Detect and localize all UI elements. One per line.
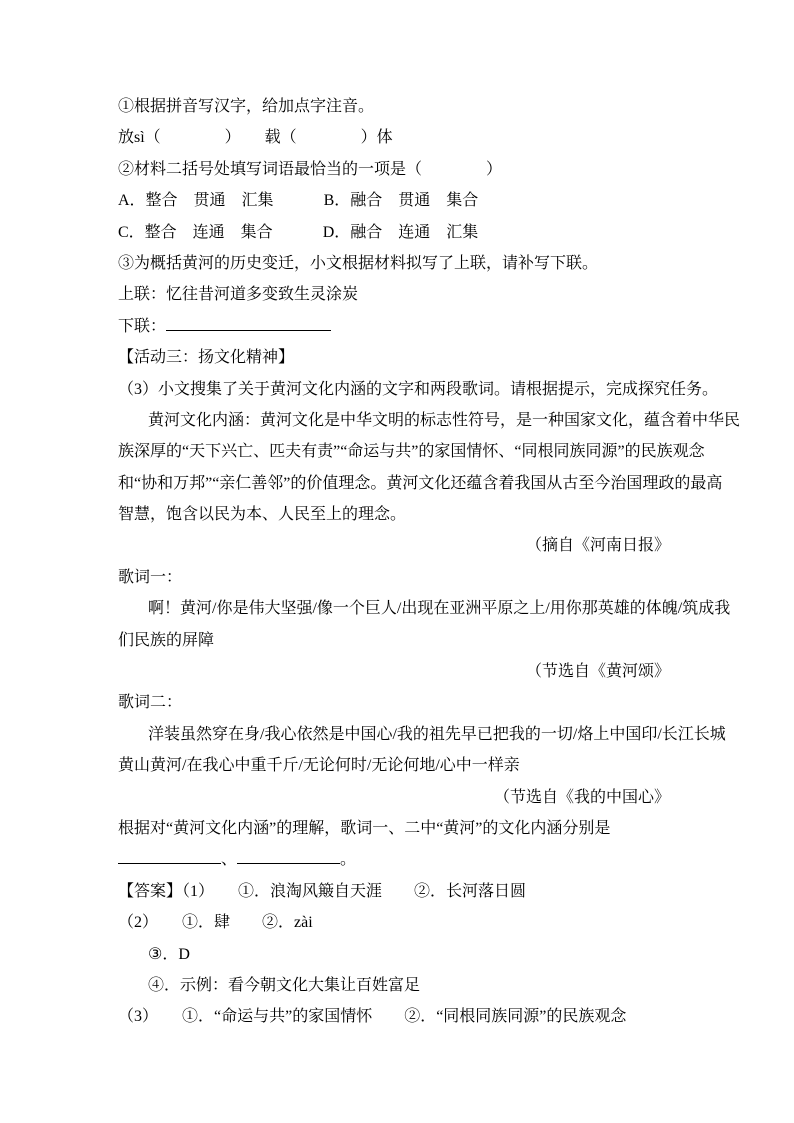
q2-option-b: B．融合 贯通 集合: [324, 192, 479, 209]
activity-heading: 【活动三：扬文化精神】: [118, 342, 684, 373]
lyric2-line-2: 黄山黄河/在我心中重千斤/无论何时/无论何地/心中一样亲: [118, 750, 684, 781]
q3-lower-couplet: 下联：: [118, 311, 684, 342]
lyric1-line-2: 们民族的屏障: [118, 625, 684, 656]
q1-fill-line: 放sì（ ） 载（ ）体: [118, 122, 684, 153]
q2-prompt: ②材料二括号处填写词语最恰当的一项是（ ）: [118, 154, 684, 185]
task-line: 根据对“黄河文化内涵”的理解，歌词一、二中“黄河”的文化内涵分别是: [118, 813, 684, 844]
task-blank-period: 。: [340, 851, 356, 868]
q3-prompt: ③为概括黄河的历史变迁，小文根据材料拟写了上联，请补写下联。: [118, 248, 684, 279]
culture-para-line-4: 智慧，饱含以民为本、人民至上的理念。: [118, 499, 684, 530]
q3-lower-label: 下联：: [118, 318, 166, 335]
lyric2-line-1: 洋装虽然穿在身/我心依然是中国心/我的祖先早已把我的一切/烙上中国印/长江长城: [118, 719, 684, 750]
q2-option-a: A．整合 贯通 汇集: [118, 192, 274, 209]
answer-line-1: 【答案】（1） ①．浪淘风簸自天涯 ②．长河落日圆: [118, 876, 684, 907]
q3-upper-couplet: 上联：忆往昔河道多变致生灵涂炭: [118, 279, 684, 310]
task-blanks-line: 、。: [118, 844, 684, 875]
q2-option-c: C．整合 连通 集合: [118, 224, 273, 241]
q2-options-row-1: A．整合 贯通 汇集B．融合 贯通 集合: [118, 185, 684, 216]
culture-para-line-3: 和“协和万邦”“亲仁善邻”的价值理念。黄河文化还蕴含着我国从古至今治国理政的最高: [118, 468, 684, 499]
source-huanghe-song: （节选自《黄河颂》: [118, 656, 684, 687]
lyric1-line-1: 啊！黄河/你是伟大坚强/像一个巨人/出现在亚洲平原之上/用你那英雄的体魄/筑成我: [118, 593, 684, 624]
culture-para-line-1: 黄河文化内涵：黄河文化是中华文明的标志性符号，是一种国家文化，蕴含着中华民: [118, 405, 684, 436]
task-blank-separator: 、: [221, 851, 237, 868]
source-wode-zhongguoxin: （节选自《我的中国心》: [118, 782, 684, 813]
q33-intro: （3）小文搜集了关于黄河文化内涵的文字和两段歌词。请根据提示，完成探究任务。: [118, 374, 684, 405]
answer-line-3: ③．D: [118, 939, 684, 970]
q2-options-row-2: C．整合 连通 集合D．融合 连通 汇集: [118, 217, 684, 248]
lyric1-label: 歌词一：: [118, 562, 684, 593]
q1-prompt: ①根据拼音写汉字，给加点字注音。: [118, 91, 684, 122]
lyric2-label: 歌词二：: [118, 687, 684, 718]
couplet-answer-blank: [166, 315, 331, 331]
q2-option-d: D．融合 连通 汇集: [323, 224, 479, 241]
answer-line-5: （3） ①．“命运与共”的家国情怀 ②．“同根同族同源”的民族观念: [118, 1001, 684, 1032]
answer-line-2: （2） ①．肆 ②．zài: [118, 907, 684, 938]
task-answer-blank-2: [237, 848, 340, 864]
task-answer-blank-1: [118, 848, 221, 864]
answer-line-4: ④．示例：看今朝文化大集让百姓富足: [118, 970, 684, 1001]
document-page: ①根据拼音写汉字，给加点字注音。 放sì（ ） 载（ ）体 ②材料二括号处填写词…: [0, 0, 794, 1123]
culture-para-line-2: 族深厚的“天下兴亡、匹夫有责”“命运与共”的家国情怀、“同根同族同源”的民族观念: [118, 436, 684, 467]
source-henan-daily: （摘自《河南日报》: [118, 530, 684, 561]
